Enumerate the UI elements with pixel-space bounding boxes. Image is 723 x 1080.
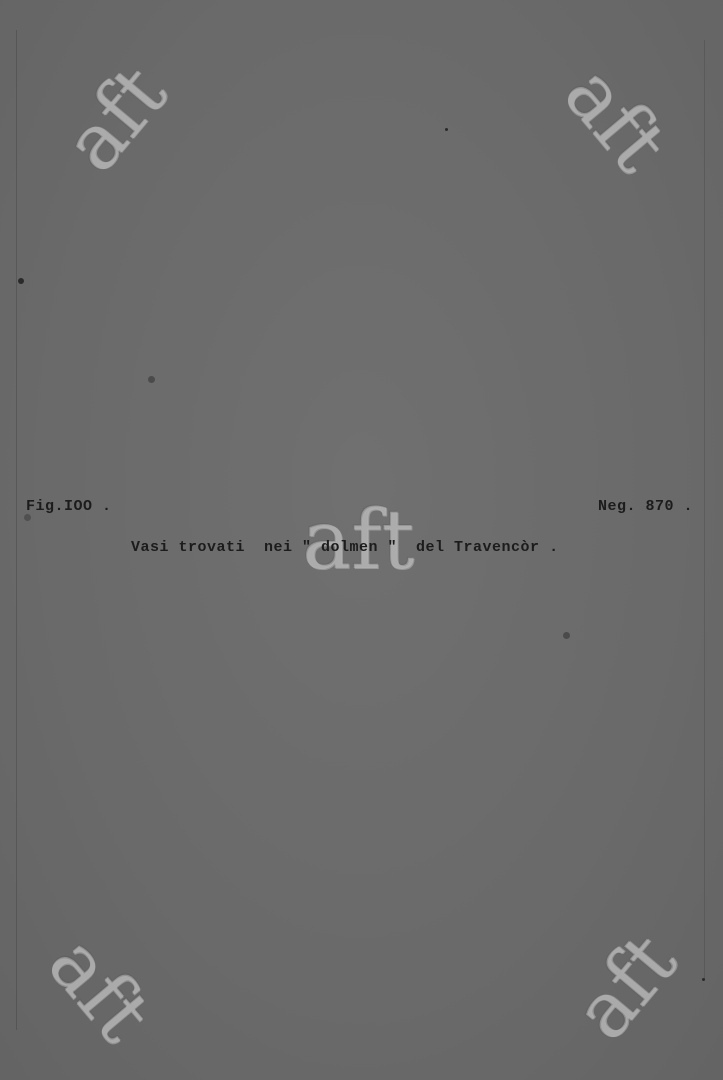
watermark-top-left: aft <box>51 53 179 185</box>
watermark-bottom-right: aft <box>561 921 689 1053</box>
watermark-bottom-left: aft <box>35 923 163 1055</box>
scanned-card: aft aft aft aft aft Fig.IOO . Neg. 870 .… <box>0 0 723 1080</box>
speck <box>563 632 570 639</box>
speck <box>445 128 448 131</box>
speck <box>148 376 155 383</box>
watermark-top-right: aft <box>551 53 679 185</box>
caption: Vasi trovati nei " dolmen " del Travencò… <box>131 539 559 556</box>
figure-label: Fig.IOO . <box>26 498 112 515</box>
right-edge-line <box>704 40 705 980</box>
negative-number: Neg. 870 . <box>598 498 693 515</box>
left-edge-line <box>16 30 17 1030</box>
speck <box>24 514 31 521</box>
speck <box>702 978 705 981</box>
speck <box>18 278 24 284</box>
